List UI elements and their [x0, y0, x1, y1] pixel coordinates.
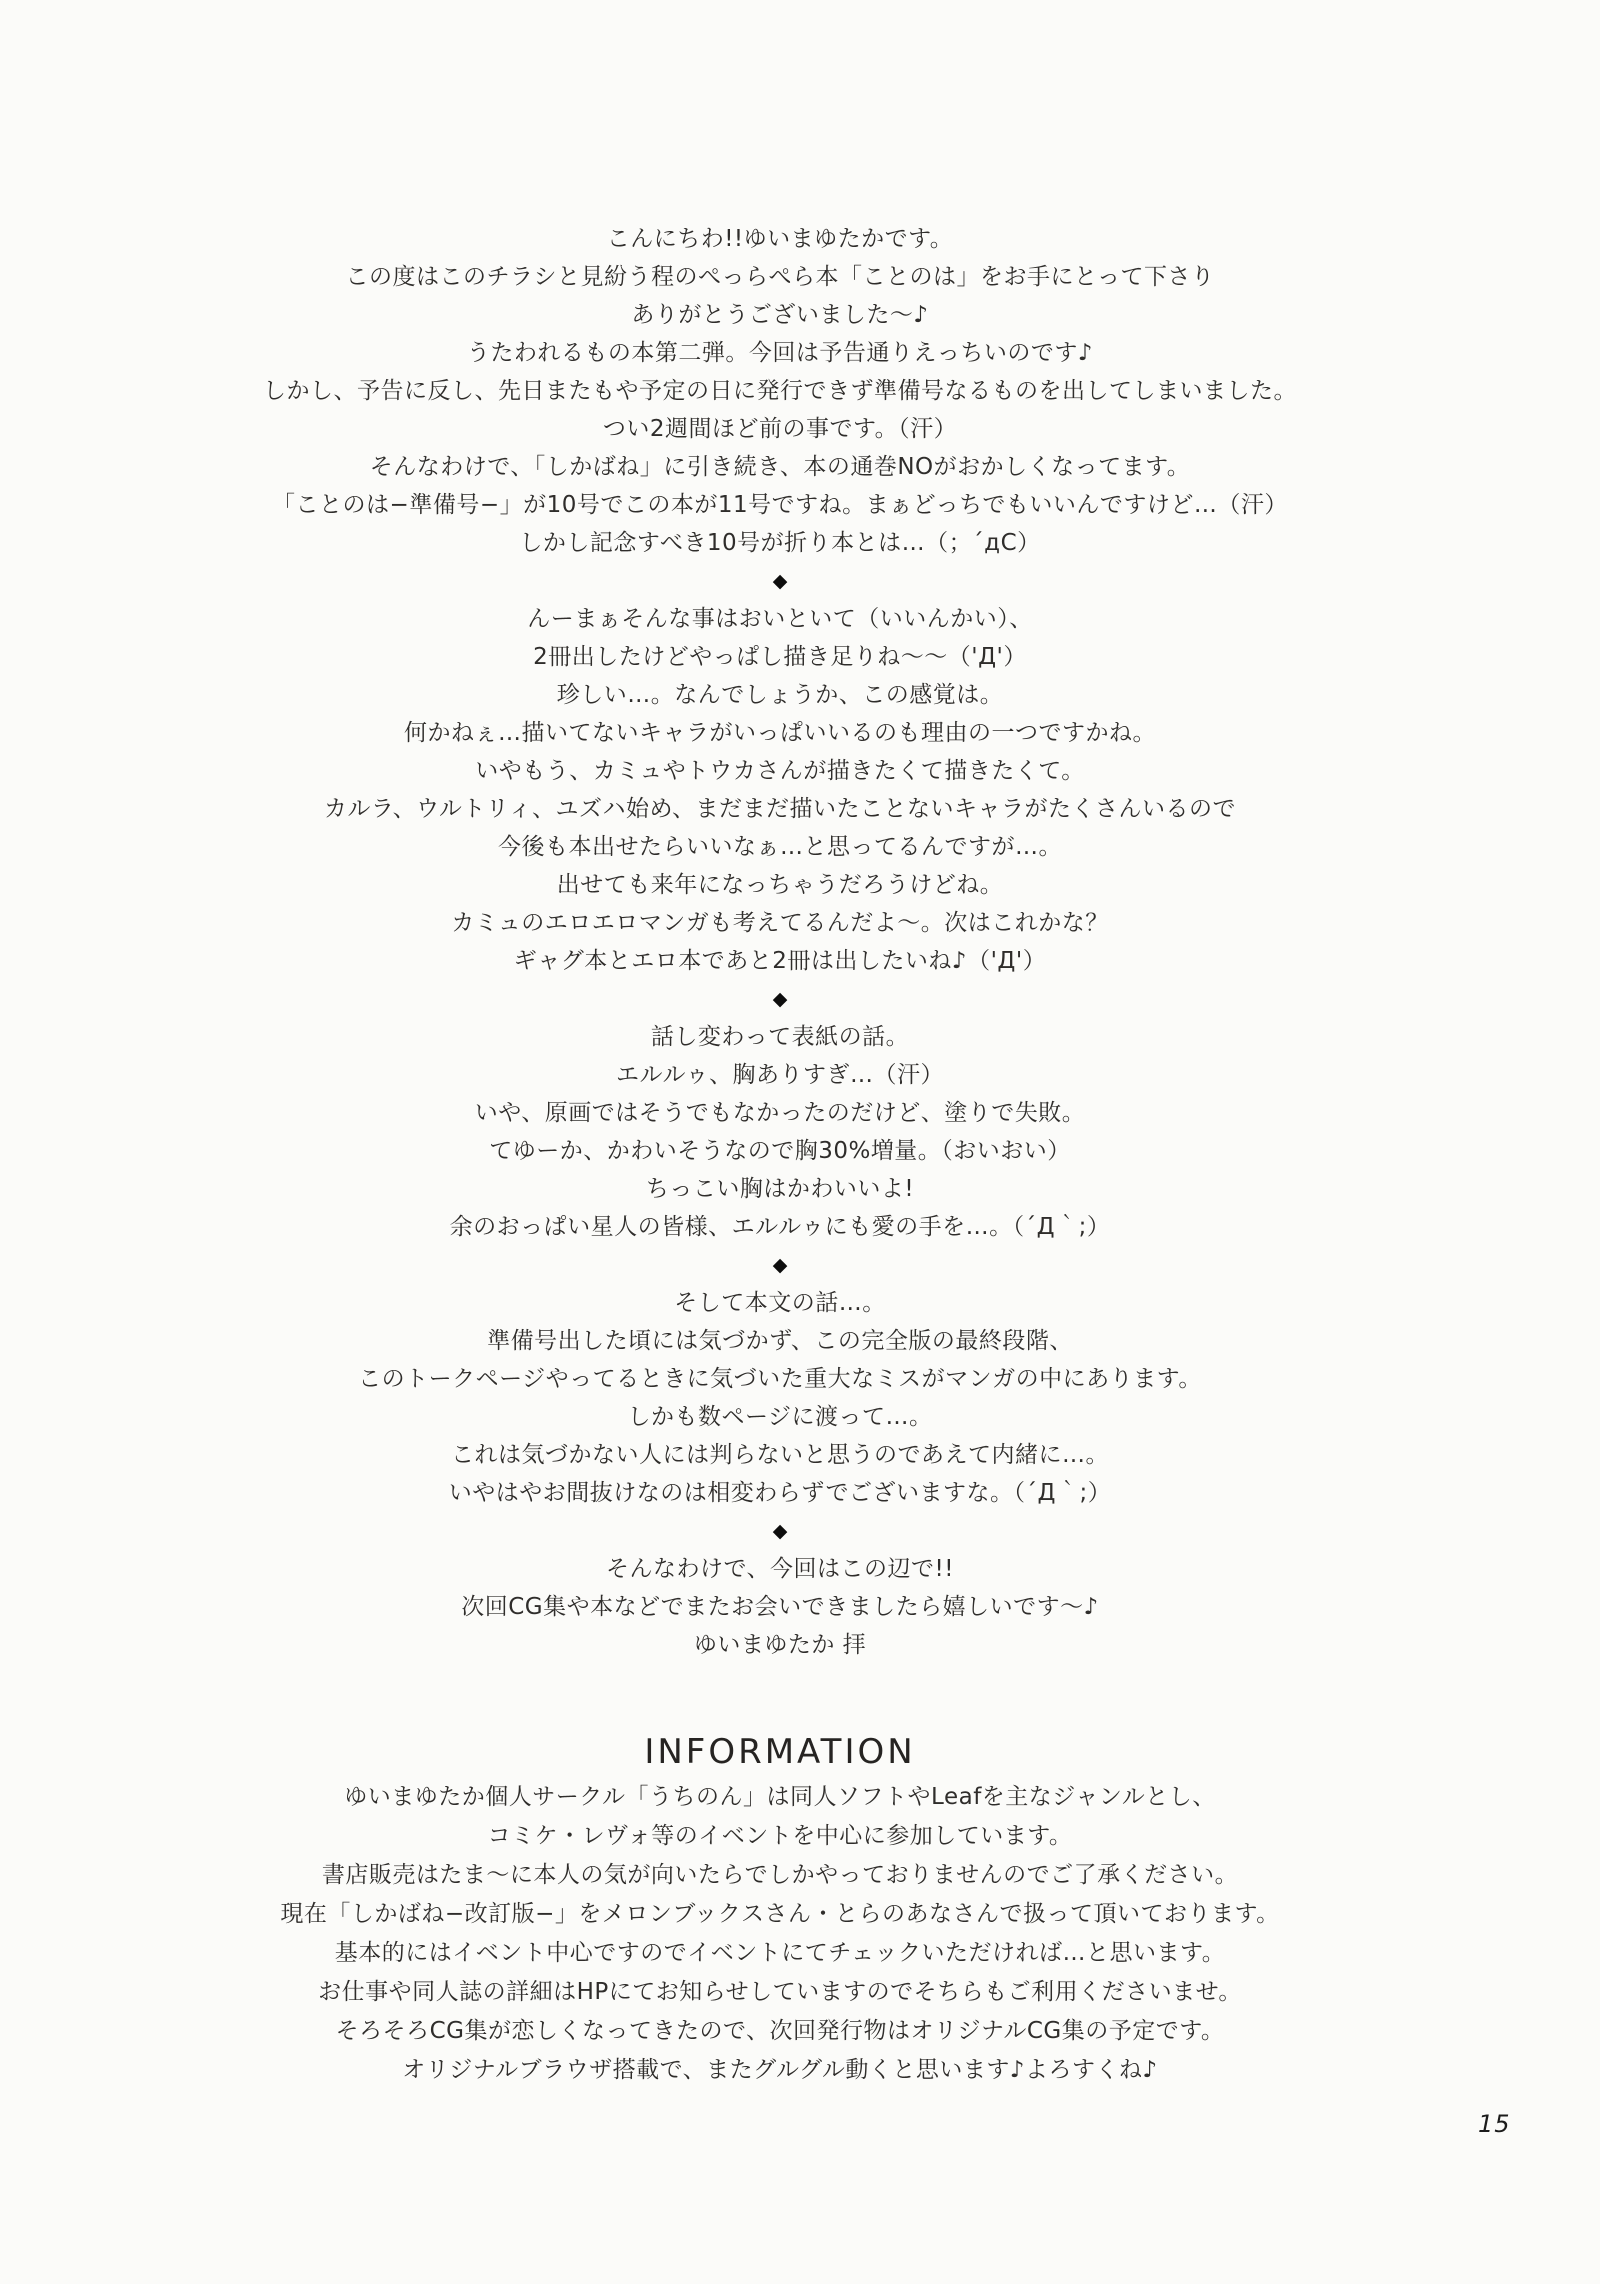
information-line: ゆいまゆたか個人サークル「うちのん」は同人ソフトやLeafを主なジャンルとし、	[20, 1778, 1540, 1817]
information-line: 書店販売はたま〜に本人の気が向いたらでしかやっておりませんのでご了承ください。	[20, 1856, 1540, 1895]
afterword-line: これは気づかない人には判らないと思うのであえて内緒に…。	[20, 1436, 1540, 1474]
afterword-line: 準備号出した頃には気づかず、この完全版の最終段階、	[20, 1322, 1540, 1360]
afterword-line: ちっこい胸はかわいいよ!	[20, 1170, 1540, 1208]
afterword-line: んーまぁそんな事はおいといて（いいんかい）、	[20, 600, 1540, 638]
afterword-line: カルラ、ウルトリィ、ユズハ始め、まだまだ描いたことないキャラがたくさんいるので	[20, 790, 1540, 828]
afterword-line: いや、原画ではそうでもなかったのだけど、塗りで失敗。	[20, 1094, 1540, 1132]
afterword-section: んーまぁそんな事はおいといて（いいんかい）、 2冊出したけどやっぱし描き足りね〜…	[20, 600, 1540, 980]
information-line: そろそろCG集が恋しくなってきたので、次回発行物はオリジナルCG集の予定です。	[20, 2012, 1540, 2051]
afterword-line: ありがとうございました〜♪	[20, 296, 1540, 334]
afterword-line: 次回CG集や本などでまたお会いできましたら嬉しいです〜♪	[20, 1588, 1540, 1626]
scanned-afterword-page: こんにちわ!!ゆいまゆたかです。 この度はこのチラシと見紛う程のぺっらぺら本「こ…	[0, 0, 1600, 2284]
afterword-line: そんなわけで、今回はこの辺で!!	[20, 1550, 1540, 1588]
afterword-line: 余のおっぱい星人の皆様、エルルゥにも愛の手を…。（´Д｀;）	[20, 1208, 1540, 1246]
diamond-separator-icon: ◆	[20, 1246, 1540, 1284]
afterword-line: こんにちわ!!ゆいまゆたかです。	[20, 220, 1540, 258]
information-line: 現在「しかばね−改訂版−」をメロンブックスさん・とらのあなさんで扱って頂いており…	[20, 1895, 1540, 1934]
afterword-section: そして本文の話…。 準備号出した頃には気づかず、この完全版の最終段階、 このトー…	[20, 1284, 1540, 1512]
afterword-line: 何かねぇ…描いてないキャラがいっぱいいるのも理由の一つですかね。	[20, 714, 1540, 752]
afterword-section: こんにちわ!!ゆいまゆたかです。 この度はこのチラシと見紛う程のぺっらぺら本「こ…	[20, 220, 1540, 562]
afterword-line: このトークページやってるときに気づいた重大なミスがマンガの中にあります。	[20, 1360, 1540, 1398]
diamond-separator-icon: ◆	[20, 1512, 1540, 1550]
afterword-line: カミュのエロエロマンガも考えてるんだよ〜。次はこれかな？	[20, 904, 1540, 942]
information-section: INFORMATION ゆいまゆたか個人サークル「うちのん」は同人ソフトやLea…	[20, 1726, 1540, 2090]
afterword-line: そして本文の話…。	[20, 1284, 1540, 1322]
afterword-line: しかも数ページに渡って…。	[20, 1398, 1540, 1436]
afterword-line: この度はこのチラシと見紛う程のぺっらぺら本「ことのは」をお手にとって下さり	[20, 258, 1540, 296]
diamond-separator-icon: ◆	[20, 562, 1540, 600]
afterword-line: 話し変わって表紙の話。	[20, 1018, 1540, 1056]
page-number: 15	[1478, 2110, 1511, 2138]
afterword-line: うたわれるもの本第二弾。今回は予告通りえっちいのです♪	[20, 334, 1540, 372]
afterword-line: つい2週間ほど前の事です。（汗）	[20, 410, 1540, 448]
afterword-line: そんなわけで、「しかばね」に引き続き、本の通巻NOがおかしくなってます。	[20, 448, 1540, 486]
afterword-line: 珍しい…。なんでしょうか、この感覚は。	[20, 676, 1540, 714]
afterword-line: 2冊出したけどやっぱし描き足りね〜〜（'Д'）	[20, 638, 1540, 676]
afterword-line: 出せても来年になっちゃうだろうけどね。	[20, 866, 1540, 904]
information-line: オリジナルブラウザ搭載で、またグルグル動くと思います♪よろすくね♪	[20, 2051, 1540, 2090]
signature-line: ゆいまゆたか 拝	[20, 1626, 1540, 1664]
afterword-line: ギャグ本とエロ本であと2冊は出したいね♪（'Д'）	[20, 942, 1540, 980]
afterword-line: しかし記念すべき10号が折り本とは…（；´дC）	[20, 524, 1540, 562]
afterword-line: てゆーか、かわいそうなので胸30%増量。（おいおい）	[20, 1132, 1540, 1170]
afterword-line: いやはやお間抜けなのは相変わらずでございますな。（´Д｀;）	[20, 1474, 1540, 1512]
afterword-line: 「ことのは−準備号−」が10号でこの本が11号ですね。まぁどっちでもいいんですけ…	[20, 486, 1540, 524]
afterword-line: いやもう、カミュやトウカさんが描きたくて描きたくて。	[20, 752, 1540, 790]
information-line: 基本的にはイベント中心ですのでイベントにてチェックいただければ…と思います。	[20, 1934, 1540, 1973]
afterword-section: 話し変わって表紙の話。 エルルゥ、胸ありすぎ…（汗） いや、原画ではそうでもなか…	[20, 1018, 1540, 1246]
afterword-line: しかし、予告に反し、先日またもや予定の日に発行できず準備号なるものを出してしまい…	[20, 372, 1540, 410]
information-line: コミケ・レヴォ等のイベントを中心に参加しています。	[20, 1817, 1540, 1856]
afterword-line: エルルゥ、胸ありすぎ…（汗）	[20, 1056, 1540, 1094]
afterword-section: そんなわけで、今回はこの辺で!! 次回CG集や本などでまたお会いできましたら嬉し…	[20, 1550, 1540, 1664]
afterword-line: 今後も本出せたらいいなぁ…と思ってるんですが…。	[20, 828, 1540, 866]
diamond-separator-icon: ◆	[20, 980, 1540, 1018]
afterword-body: こんにちわ!!ゆいまゆたかです。 この度はこのチラシと見紛う程のぺっらぺら本「こ…	[20, 220, 1540, 2090]
information-line: お仕事や同人誌の詳細はHPにてお知らせしていますのでそちらもご利用くださいませ。	[20, 1973, 1540, 2012]
information-title: INFORMATION	[20, 1726, 1540, 1778]
